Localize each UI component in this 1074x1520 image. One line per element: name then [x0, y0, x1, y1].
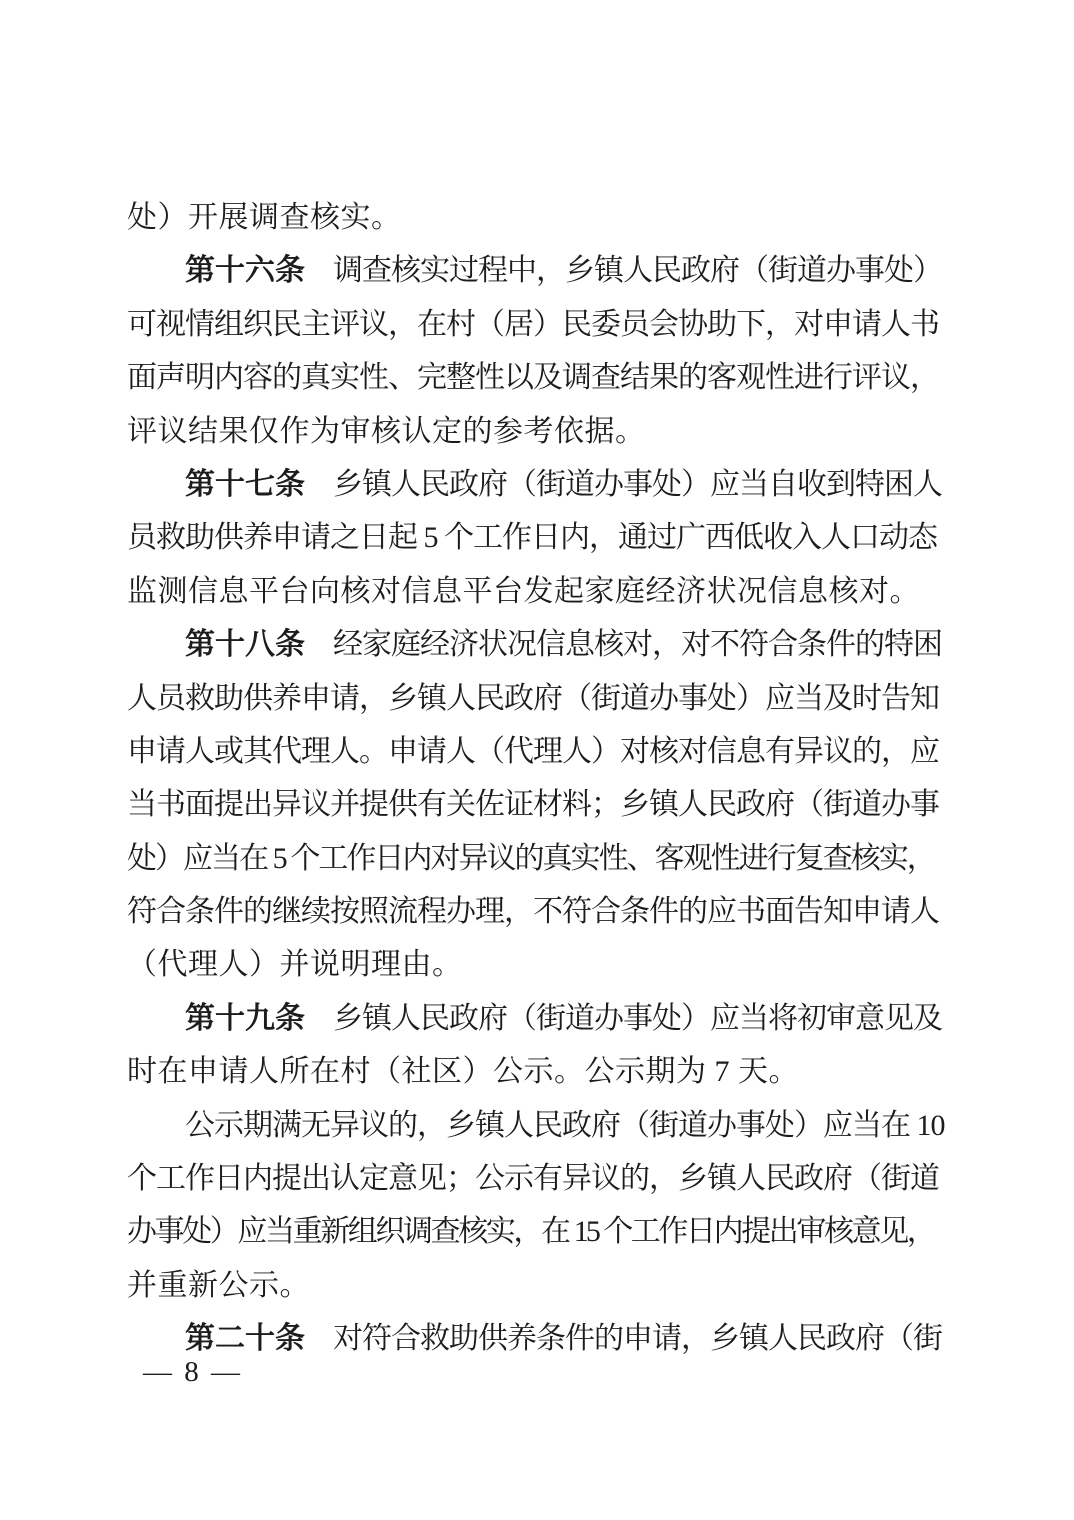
article-number: 第十八条 — [185, 628, 305, 661]
text-line: 并重新公示。 — [127, 1259, 934, 1312]
text-line: 面声明内容的真实性、完整性以及调查结果的客观性进行评议， — [127, 351, 934, 404]
line-text: 处）开展调查核实。 — [127, 201, 402, 234]
document-page: 处）开展调查核实。第十六条调查核实过程中，乡镇人民政府（街道办事处）可视情组织民… — [0, 0, 1074, 1520]
line-text: 人员救助供养申请，乡镇人民政府（街道办事处）应当及时告知 — [127, 682, 939, 715]
line-text: 时在申请人所在村（社区）公示。公示期为 7 天。 — [127, 1055, 799, 1088]
article-line: 第十九条乡镇人民政府（街道办事处）应当将初审意见及 — [127, 992, 934, 1045]
text-line: 办事处）应当重新组织调查核实，在 15 个工作日内提出审核意见， — [127, 1205, 934, 1258]
article-line: 第十八条经家庭经济状况信息核对，对不符合条件的特困 — [127, 618, 934, 671]
text-line: 处）应当在 5 个工作日内对异议的真实性、客观性进行复查核实， — [127, 832, 934, 885]
article-number: 第十七条 — [185, 468, 305, 501]
line-text: 面声明内容的真实性、完整性以及调查结果的客观性进行评议， — [127, 361, 939, 394]
line-text: 对符合救助供养条件的申请，乡镇人民政府（街 — [333, 1322, 942, 1355]
line-text: 监测信息平台向核对信息平台发起家庭经济状况信息核对。 — [127, 575, 920, 608]
line-text: 处）应当在 5 个工作日内对异议的真实性、客观性进行复查核实， — [127, 842, 934, 875]
article-number: 第二十条 — [185, 1322, 305, 1355]
article-line: 第十七条乡镇人民政府（街道办事处）应当自收到特困人 — [127, 458, 934, 511]
line-text: 乡镇人民政府（街道办事处）应当将初审意见及 — [333, 1002, 942, 1035]
text-line: 可视情组织民主评议，在村（居）民委员会协助下，对申请人书 — [127, 298, 934, 351]
text-line: 公示期满无异议的，乡镇人民政府（街道办事处）应当在 10 — [127, 1099, 934, 1152]
text-line: 当书面提出异议并提供有关佐证材料；乡镇人民政府（街道办事 — [127, 778, 934, 831]
line-text: 并重新公示。 — [127, 1269, 310, 1302]
document-body: 处）开展调查核实。第十六条调查核实过程中，乡镇人民政府（街道办事处）可视情组织民… — [127, 191, 934, 1366]
line-text: 符合条件的继续按照流程办理，不符合条件的应书面告知申请人 — [127, 895, 939, 928]
article-number: 第十九条 — [185, 1002, 305, 1035]
text-line: 监测信息平台向核对信息平台发起家庭经济状况信息核对。 — [127, 565, 934, 618]
article-number: 第十六条 — [185, 254, 305, 287]
line-text: 申请人或其代理人。申请人（代理人）对核对信息有异议的，应 — [127, 735, 939, 768]
line-text: 个工作日内提出认定意见；公示有异议的，乡镇人民政府（街道 — [127, 1162, 939, 1195]
line-text: 办事处）应当重新组织调查核实，在 15 个工作日内提出审核意见， — [127, 1215, 934, 1248]
line-text: （代理人）并说明理由。 — [127, 948, 463, 981]
text-line: 符合条件的继续按照流程办理，不符合条件的应书面告知申请人 — [127, 885, 934, 938]
line-text: 乡镇人民政府（街道办事处）应当自收到特困人 — [333, 468, 942, 501]
text-line: 时在申请人所在村（社区）公示。公示期为 7 天。 — [127, 1045, 934, 1098]
line-text: 评议结果仅作为审核认定的参考依据。 — [127, 415, 646, 448]
text-line: （代理人）并说明理由。 — [127, 938, 934, 991]
text-line: 申请人或其代理人。申请人（代理人）对核对信息有异议的，应 — [127, 725, 934, 778]
text-line: 个工作日内提出认定意见；公示有异议的，乡镇人民政府（街道 — [127, 1152, 934, 1205]
line-text: 公示期满无异议的，乡镇人民政府（街道办事处）应当在 10 — [185, 1109, 945, 1142]
page-number: — 8 — — [143, 1352, 241, 1392]
text-line: 员救助供养申请之日起 5 个工作日内，通过广西低收入人口动态 — [127, 511, 934, 564]
line-text: 经家庭经济状况信息核对，对不符合条件的特困 — [333, 628, 942, 661]
text-line: 人员救助供养申请，乡镇人民政府（街道办事处）应当及时告知 — [127, 672, 934, 725]
line-text: 当书面提出异议并提供有关佐证材料；乡镇人民政府（街道办事 — [127, 788, 939, 821]
line-text: 员救助供养申请之日起 5 个工作日内，通过广西低收入人口动态 — [127, 521, 937, 554]
article-line: 第二十条对符合救助供养条件的申请，乡镇人民政府（街 — [127, 1312, 934, 1365]
text-line: 评议结果仅作为审核认定的参考依据。 — [127, 405, 934, 458]
text-line: 处）开展调查核实。 — [127, 191, 934, 244]
line-text: 可视情组织民主评议，在村（居）民委员会协助下，对申请人书 — [127, 308, 939, 341]
article-line: 第十六条调查核实过程中，乡镇人民政府（街道办事处） — [127, 244, 934, 297]
line-text: 调查核实过程中，乡镇人民政府（街道办事处） — [333, 254, 942, 287]
